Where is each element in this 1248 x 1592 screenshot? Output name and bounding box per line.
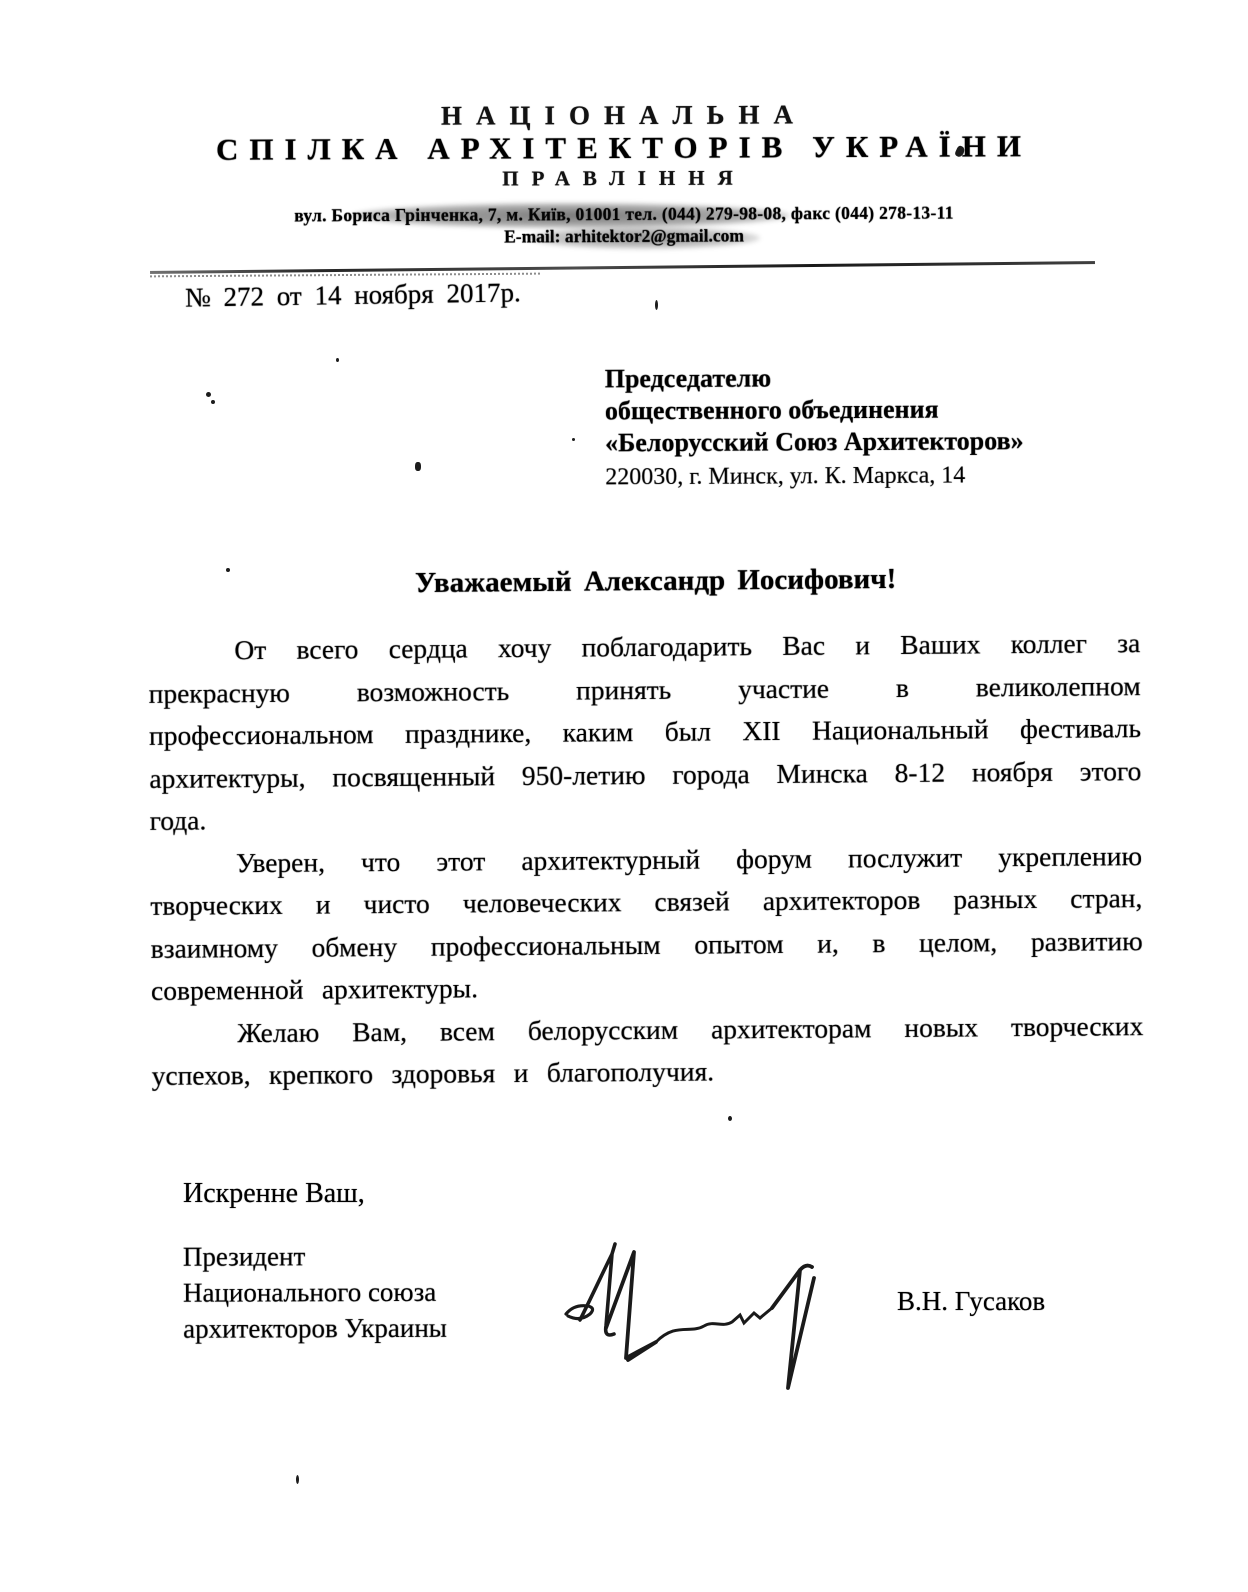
body-paragraph-2: Уверен, что этот архитектурный форум пос…: [150, 835, 1143, 1013]
letterhead-divider-line: [150, 261, 1095, 274]
addressee-organization-type: общественного объединения: [605, 393, 1125, 428]
scan-speck: [226, 568, 230, 572]
addressee-organization-name: «Белорусский Союз Архитекторов»: [605, 425, 1125, 460]
scan-speck: [296, 1475, 299, 1484]
valediction: Искренне Ваш,: [183, 1178, 365, 1210]
addressee-role: Председателю: [605, 361, 1125, 396]
scan-speck: [572, 438, 575, 441]
body-paragraph-1: От всего сердца хочу поблагодарить Вас и…: [148, 622, 1142, 842]
scanned-letter-page: НАЦІОНАЛЬНА СПІЛКА АРХІТЕКТОРІВ УКРАЇНИ …: [0, 0, 1248, 1592]
signer-title-block: Президент Национального союза архитектор…: [183, 1237, 603, 1346]
signer-title-line1: Президент: [183, 1237, 603, 1274]
body-paragraph-3: Желаю Вам, всем белорусским архитекторам…: [151, 1005, 1144, 1098]
letterhead-email: E-mail: arhitektor2@gmail.com: [0, 223, 1248, 249]
scan-speck: [211, 400, 215, 404]
scan-speck: [336, 358, 339, 362]
signer-name: В.Н. Гусаков: [897, 1286, 1045, 1317]
letterhead-divider-dots: [150, 273, 540, 278]
salutation: Уважаемый Александр Иосифович!: [415, 563, 897, 600]
addressee-postal-address: 220030, г. Минск, ул. К. Маркса, 14: [605, 459, 1125, 494]
letterhead-division: ПРАВЛІННЯ: [0, 164, 1248, 193]
handwritten-signature: [552, 1230, 872, 1405]
scan-speck: [655, 300, 658, 310]
reference-number-date: № 272 от 14 ноября 2017р.: [185, 277, 521, 313]
scan-speck: [728, 1116, 732, 1121]
letter-body: От всего сердца хочу поблагодарить Вас и…: [148, 622, 1144, 1097]
addressee-block: Председателю общественного объединения «…: [605, 361, 1126, 494]
scan-speck: [415, 462, 421, 471]
signer-title-line3: архитекторов Украины: [183, 1309, 603, 1346]
letterhead-org-name-line2: СПІЛКА АРХІТЕКТОРІВ УКРАЇНИ: [0, 127, 1248, 168]
scan-speck: [206, 392, 211, 397]
signer-title-line2: Национального союза: [183, 1273, 603, 1310]
